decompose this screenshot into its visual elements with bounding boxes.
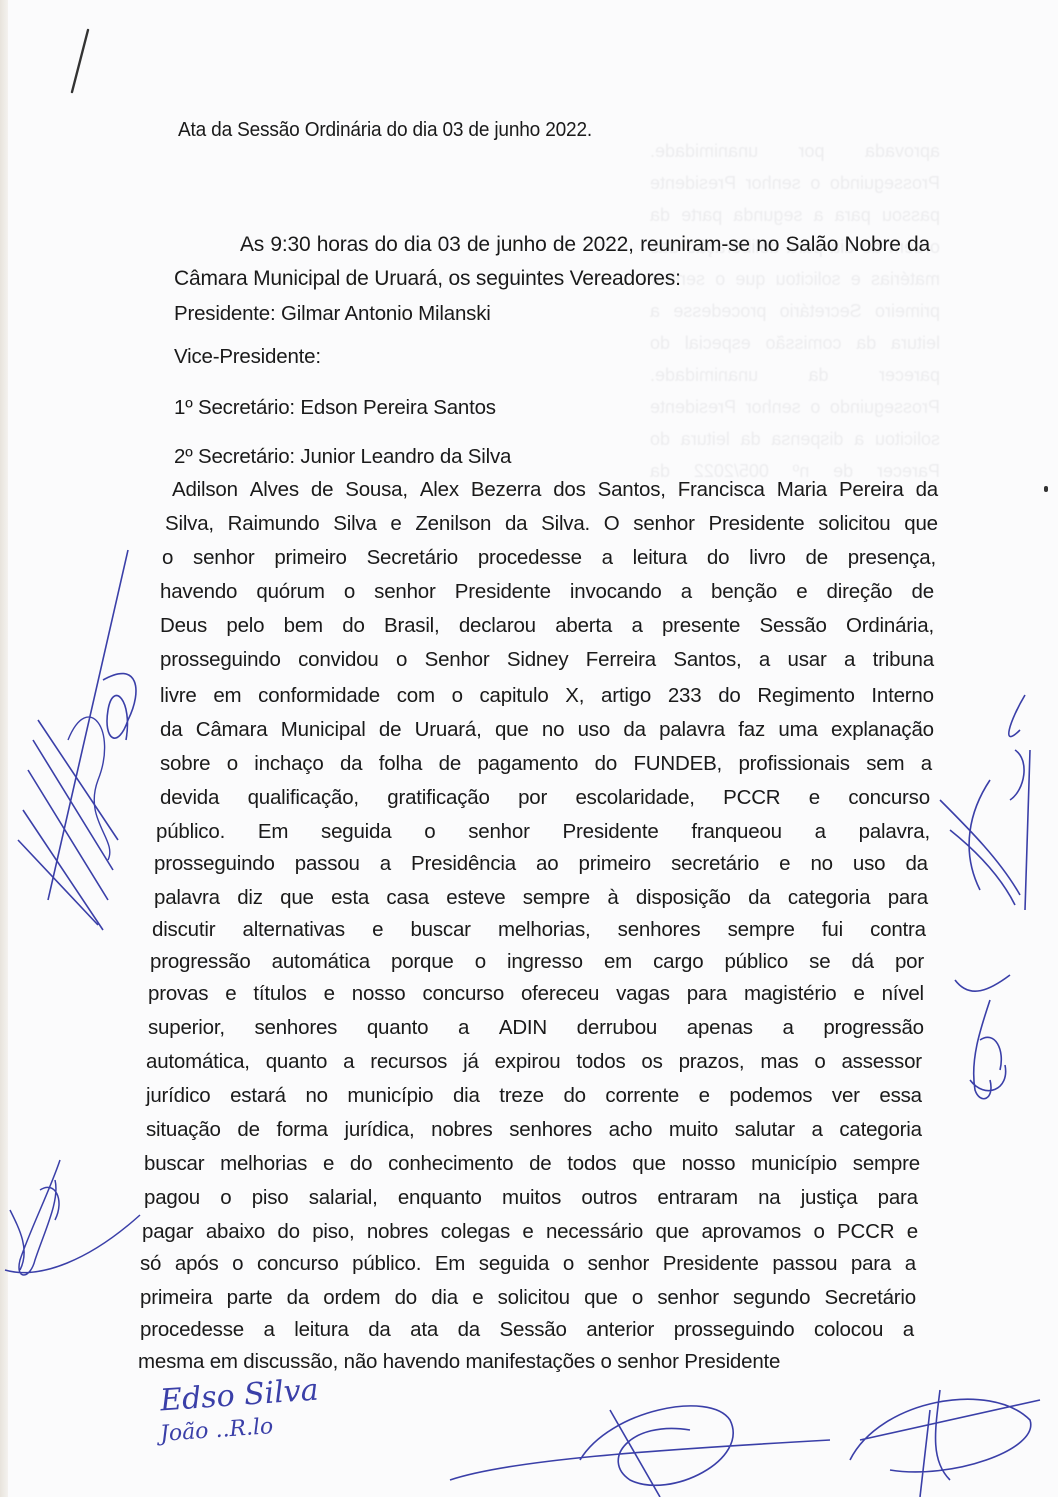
text-line: Silva,RaimundoSilvaeZenilsondaSilva.Osen… [165, 512, 938, 536]
text-line: prosseguindopassouaPresidênciaaoprimeiro… [154, 852, 928, 876]
text-line: público.EmseguidaosenhorPresidentefranqu… [156, 820, 930, 844]
signature-bottom-icon [430, 1370, 1050, 1497]
officer-vice-president: Vice-Presidente: [174, 345, 321, 369]
text-line: progressãoautomáticaporqueoingressoemcar… [150, 950, 924, 974]
officer-first-secretary: 1º Secretário: Edson Pereira Santos [174, 396, 496, 420]
text-line: pagarabaixodopiso,nobrescolegasenecessár… [142, 1220, 918, 1244]
text-line: procedessealeituradaatadaSessãoanteriorp… [140, 1318, 914, 1342]
text-line: sobreoinchaçodafolhadepagamentodoFUNDEB,… [160, 752, 932, 776]
signature-left-large-icon [8, 540, 158, 940]
pen-mark-icon [66, 28, 96, 98]
text-line: superior,senhoresquantoaADINderrubouapen… [148, 1016, 924, 1040]
text-line: palavradizqueestacasaestevesempreàdispos… [154, 886, 928, 910]
officer-president: Presidente: Gilmar Antonio Milanski [174, 302, 491, 326]
text-line: devidaqualificação,gratificaçãoporescola… [160, 786, 930, 810]
text-line: pagouopisosalarial,enquantomuitosoutrose… [144, 1186, 918, 1210]
text-line: daCâmaraMunicipaldeUruará,quenousodapala… [160, 718, 934, 742]
text-line: buscarmelhoriasedoconhecimentodetodosque… [144, 1152, 920, 1176]
text-line: prosseguindoconvidouoSenhorSidneyFerreir… [160, 648, 934, 672]
document-title: Ata da Sessão Ordinária do dia 03 de jun… [178, 118, 592, 142]
opening-paragraph: As 9:30 horas do dia 03 de junho de 2022… [174, 228, 930, 296]
text-line: DeuspelobemdoBrasil,declarouabertaaprese… [160, 614, 934, 638]
text-line: primeirapartedaordemdodiaesolicitouqueos… [140, 1286, 916, 1310]
scanned-page: aprovada por unanimidade. Prosseguindo o… [0, 0, 1058, 1497]
handwritten-name-2: João ..R.lo [159, 1414, 274, 1447]
text-line: osenhorprimeiroSecretárioprocedessealeit… [162, 546, 936, 570]
text-line: jurídicoestaránomunicípiodiatrezedocorre… [146, 1084, 922, 1108]
signature-right-lower-icon [950, 970, 1040, 1110]
scan-artifact [1044, 486, 1048, 492]
text-line: provasetítulosenossoconcursoofereceuvaga… [148, 982, 924, 1006]
text-line: havendoquórumosenhorPresidenteinvocandoa… [160, 580, 934, 604]
bleed-through-text: aprovada por unanimidade. Prosseguindo o… [650, 135, 940, 495]
handwritten-name-1: Edso Silva [159, 1373, 320, 1419]
signature-left-small-icon [0, 1150, 150, 1290]
text-line: automática,quantoarecursosjáexpiroutodos… [146, 1050, 922, 1074]
text-line: sóapósoconcursopúblico.EmseguidaosenhorP… [140, 1252, 916, 1276]
officer-second-secretary: 2º Secretário: Junior Leandro da Silva [174, 445, 511, 469]
text-line: discutiralternativasebuscarmelhorias,sen… [152, 918, 926, 942]
signature-right-upper-icon [930, 690, 1050, 920]
text-line: situaçãodeformajurídica,nobressenhoresac… [146, 1118, 922, 1142]
text-line: AdilsonAlvesdeSousa,AlexBezerradosSantos… [172, 478, 938, 502]
text-line: livreemconformidadecomocapituloX,artigo2… [160, 684, 934, 708]
